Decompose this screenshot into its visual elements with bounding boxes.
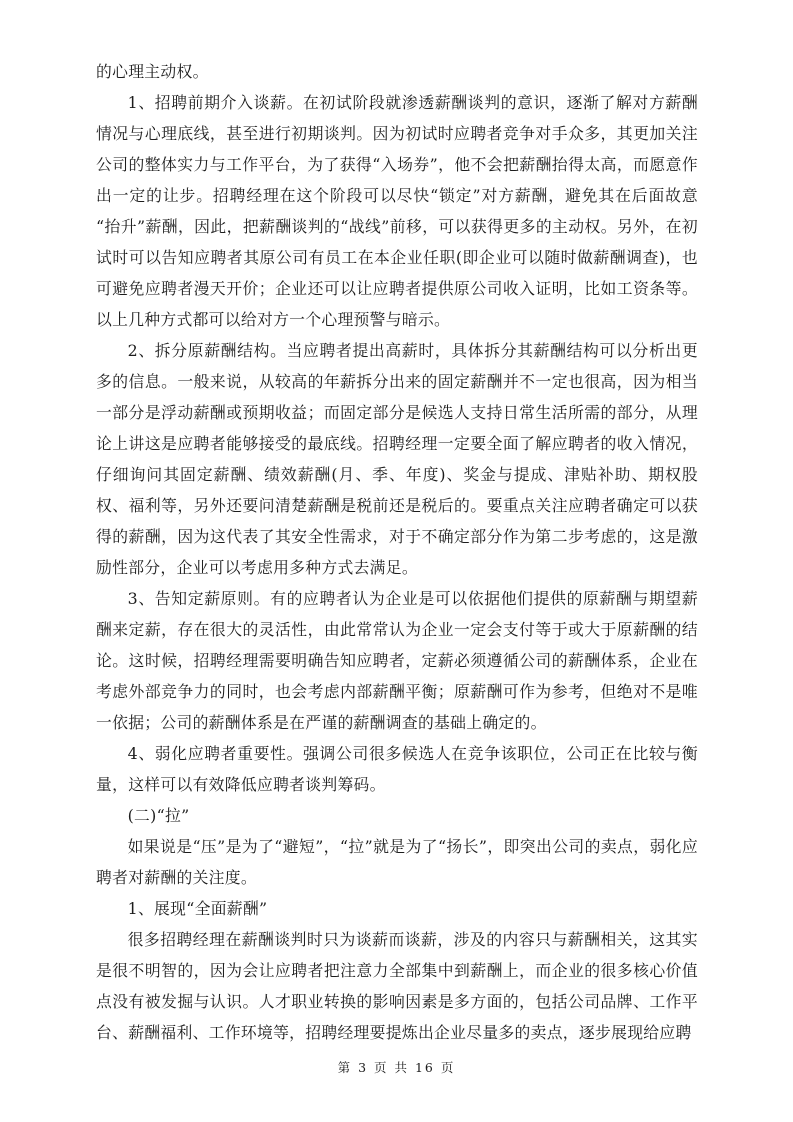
paragraph-la-intro: 如果说是“压”是为了“避短”，“拉”就是为了“扬长”，即突出公司的卖点，弱化应聘… [96, 831, 698, 893]
page-number-footer: 第 3 页 共 16 页 [0, 1058, 793, 1076]
subsection-heading-total-compensation: 1、展现“全面薪酬” [96, 893, 698, 924]
paragraph-total-compensation: 很多招聘经理在薪酬谈判时只为谈薪而谈薪，涉及的内容只与薪酬相关，这其实是很不明智… [96, 924, 698, 1048]
paragraph-item-4: 4、弱化应聘者重要性。强调公司很多候选人在竞争该职位，公司正在比较与衡量，这样可… [96, 738, 698, 800]
document-body: 的心理主动权。 1、招聘前期介入谈薪。在初试阶段就渗透薪酬谈判的意识，逐渐了解对… [96, 56, 698, 1048]
document-page: 的心理主动权。 1、招聘前期介入谈薪。在初试阶段就渗透薪酬谈判的意识，逐渐了解对… [0, 0, 793, 1122]
paragraph-continuation: 的心理主动权。 [96, 56, 698, 87]
paragraph-item-2: 2、拆分原薪酬结构。当应聘者提出高薪时，具体拆分其薪酬结构可以分析出更多的信息。… [96, 335, 698, 583]
section-heading-la: (二)“拉” [96, 800, 698, 831]
paragraph-item-3: 3、告知定薪原则。有的应聘者认为企业是可以依据他们提供的原薪酬与期望薪酬来定薪，… [96, 583, 698, 738]
paragraph-item-1: 1、招聘前期介入谈薪。在初试阶段就渗透薪酬谈判的意识，逐渐了解对方薪酬情况与心理… [96, 87, 698, 335]
